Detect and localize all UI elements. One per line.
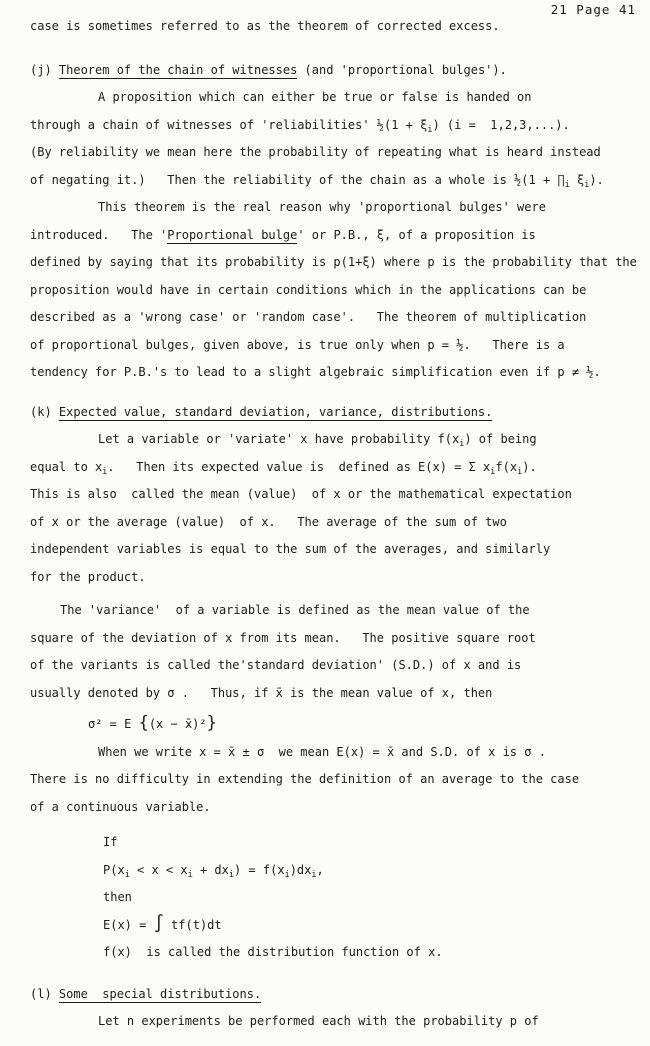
- text-line: defined by saying that its probability i…: [30, 249, 650, 277]
- text-segment: ,: [317, 863, 324, 877]
- text-segment: of x or the average (value) of x. The av…: [30, 515, 507, 529]
- text-line: of negating it.) Then the reliability of…: [30, 167, 650, 195]
- text-line: There is no difficulty in extending the …: [30, 766, 650, 794]
- text-line: of x or the average (value) of x. The av…: [30, 509, 650, 537]
- text-line: A proposition which can either be true o…: [98, 84, 650, 112]
- underlined-text-segment: Expected value, standard deviation, vari…: [59, 405, 492, 421]
- text-line: P(xi < x < xi + dxi) = f(xi)dxi,: [103, 857, 650, 885]
- text-segment: of the variants is called the'standard d…: [30, 658, 521, 672]
- text-segment: then: [103, 890, 132, 904]
- underlined-text-segment: Theorem of the chain of witnesses: [59, 63, 297, 79]
- text-segment: tendency for P.B.'s to lead to a slight …: [30, 365, 601, 379]
- text-segment: ξ: [570, 173, 584, 187]
- text-line: The 'variance' of a variable is defined …: [60, 597, 650, 625]
- text-line: Let a variable or 'variate' x have proba…: [98, 426, 650, 454]
- text-line: proposition would have in certain condit…: [30, 277, 650, 305]
- text-segment: )dx: [290, 863, 312, 877]
- text-segment: for the product.: [30, 570, 146, 584]
- text-segment: square of the deviation of x from its me…: [30, 631, 536, 645]
- text-segment: f(x) is called the distribution function…: [103, 945, 443, 959]
- text-line: When we write x = x̄ ± σ we mean E(x) = …: [98, 739, 650, 767]
- text-segment: (x − x̄)²: [149, 717, 207, 731]
- text-segment: through a chain of witnesses of 'reliabi…: [30, 118, 427, 132]
- text-segment: equal to x: [30, 460, 102, 474]
- document-page: 21 Page 41 case is sometimes referred to…: [0, 0, 650, 1046]
- text-segment: ).: [522, 460, 536, 474]
- text-line: tendency for P.B.'s to lead to a slight …: [30, 359, 650, 387]
- text-line: f(x) is called the distribution function…: [103, 939, 650, 967]
- text-line: Let n experiments be performed each with…: [98, 1008, 650, 1036]
- text-segment: ) (i = 1,2,3,...).: [432, 118, 569, 132]
- text-segment: Let n experiments be performed each with…: [98, 1014, 539, 1028]
- text-segment: ) of being: [464, 432, 536, 446]
- text-segment: If: [103, 835, 117, 849]
- text-segment: Let a variable or 'variate' x have proba…: [98, 432, 459, 446]
- underlined-text-segment: Some special distributions.: [59, 987, 261, 1003]
- text-segment: introduced. The ': [30, 228, 167, 242]
- text-segment: P(x: [103, 863, 125, 877]
- text-segment: This theorem is the real reason why 'pro…: [98, 200, 546, 214]
- text-segment: proposition would have in certain condit…: [30, 283, 586, 297]
- text-line: independent variables is equal to the su…: [30, 536, 650, 564]
- text-segment: This is also called the mean (value) of …: [30, 487, 572, 501]
- text-segment: ' or P.B., ξ, of a proposition is: [297, 228, 535, 242]
- text-segment: f(x: [495, 460, 517, 474]
- text-segment: (and 'proportional bulges').: [297, 63, 507, 77]
- text-line: (l) Some special distributions.: [30, 981, 650, 1009]
- text-segment: There is no difficulty in extending the …: [30, 772, 579, 786]
- text-segment: E(x) =: [103, 918, 154, 932]
- text-segment: (k): [30, 405, 59, 419]
- text-line: case is sometimes referred to as the the…: [30, 13, 650, 41]
- text-segment: + dx: [193, 863, 229, 877]
- text-segment: When we write x = x̄ ± σ we mean E(x) = …: [98, 745, 546, 759]
- text-segment: {: [139, 713, 149, 733]
- text-segment: ∫: [154, 914, 164, 934]
- text-line: through a chain of witnesses of 'reliabi…: [30, 112, 650, 140]
- text-segment: of a continuous variable.: [30, 800, 211, 814]
- text-segment: of negating it.) Then the reliability of…: [30, 173, 565, 187]
- text-segment: }: [207, 713, 217, 733]
- text-line: (k) Expected value, standard deviation, …: [30, 399, 650, 427]
- text-line: usually denoted by σ . Thus, if x̄ is th…: [30, 680, 650, 708]
- text-segment: A proposition which can either be true o…: [98, 90, 531, 104]
- text-line: σ² = E {(x − x̄)²}: [88, 711, 650, 739]
- text-line: E(x) = ∫ tf(t)dt: [103, 912, 650, 940]
- text-segment: . Then its expected value is defined as …: [107, 460, 490, 474]
- text-line: introduced. The 'Proportional bulge' or …: [30, 222, 650, 250]
- text-segment: of proportional bulges, given above, is …: [30, 338, 565, 352]
- underlined-text-segment: Proportional bulge: [167, 228, 297, 244]
- text-segment: (j): [30, 63, 59, 77]
- page-number: 21 Page 41: [551, 2, 636, 17]
- text-line: This is also called the mean (value) of …: [30, 481, 650, 509]
- text-line: for the product.: [30, 564, 650, 592]
- text-segment: (l): [30, 987, 59, 1001]
- text-line: (j) Theorem of the chain of witnesses (a…: [30, 57, 650, 85]
- text-segment: case is sometimes referred to as the the…: [30, 19, 500, 33]
- text-segment: described as a 'wrong case' or 'random c…: [30, 310, 586, 324]
- text-line: of proportional bulges, given above, is …: [30, 332, 650, 360]
- text-segment: ).: [589, 173, 603, 187]
- text-line: (By reliability we mean here the probabi…: [30, 139, 650, 167]
- text-segment: tf(t)dt: [164, 918, 222, 932]
- text-segment: (By reliability we mean here the probabi…: [30, 145, 601, 159]
- text-segment: σ² = E: [88, 717, 139, 731]
- text-segment: ) = f(x: [234, 863, 285, 877]
- text-line: This theorem is the real reason why 'pro…: [98, 194, 650, 222]
- text-line: equal to xi. Then its expected value is …: [30, 454, 650, 482]
- text-segment: The 'variance' of a variable is defined …: [60, 603, 530, 617]
- document-content: case is sometimes referred to as the the…: [0, 0, 650, 1036]
- text-line: square of the deviation of x from its me…: [30, 625, 650, 653]
- text-line: of a continuous variable.: [30, 794, 650, 822]
- text-segment: defined by saying that its probability i…: [30, 255, 637, 269]
- text-line: of the variants is called the'standard d…: [30, 652, 650, 680]
- text-segment: independent variables is equal to the su…: [30, 542, 550, 556]
- text-line: then: [103, 884, 650, 912]
- text-line: If: [103, 829, 650, 857]
- text-segment: < x < x: [130, 863, 188, 877]
- text-segment: usually denoted by σ . Thus, if x̄ is th…: [30, 686, 492, 700]
- text-line: described as a 'wrong case' or 'random c…: [30, 304, 650, 332]
